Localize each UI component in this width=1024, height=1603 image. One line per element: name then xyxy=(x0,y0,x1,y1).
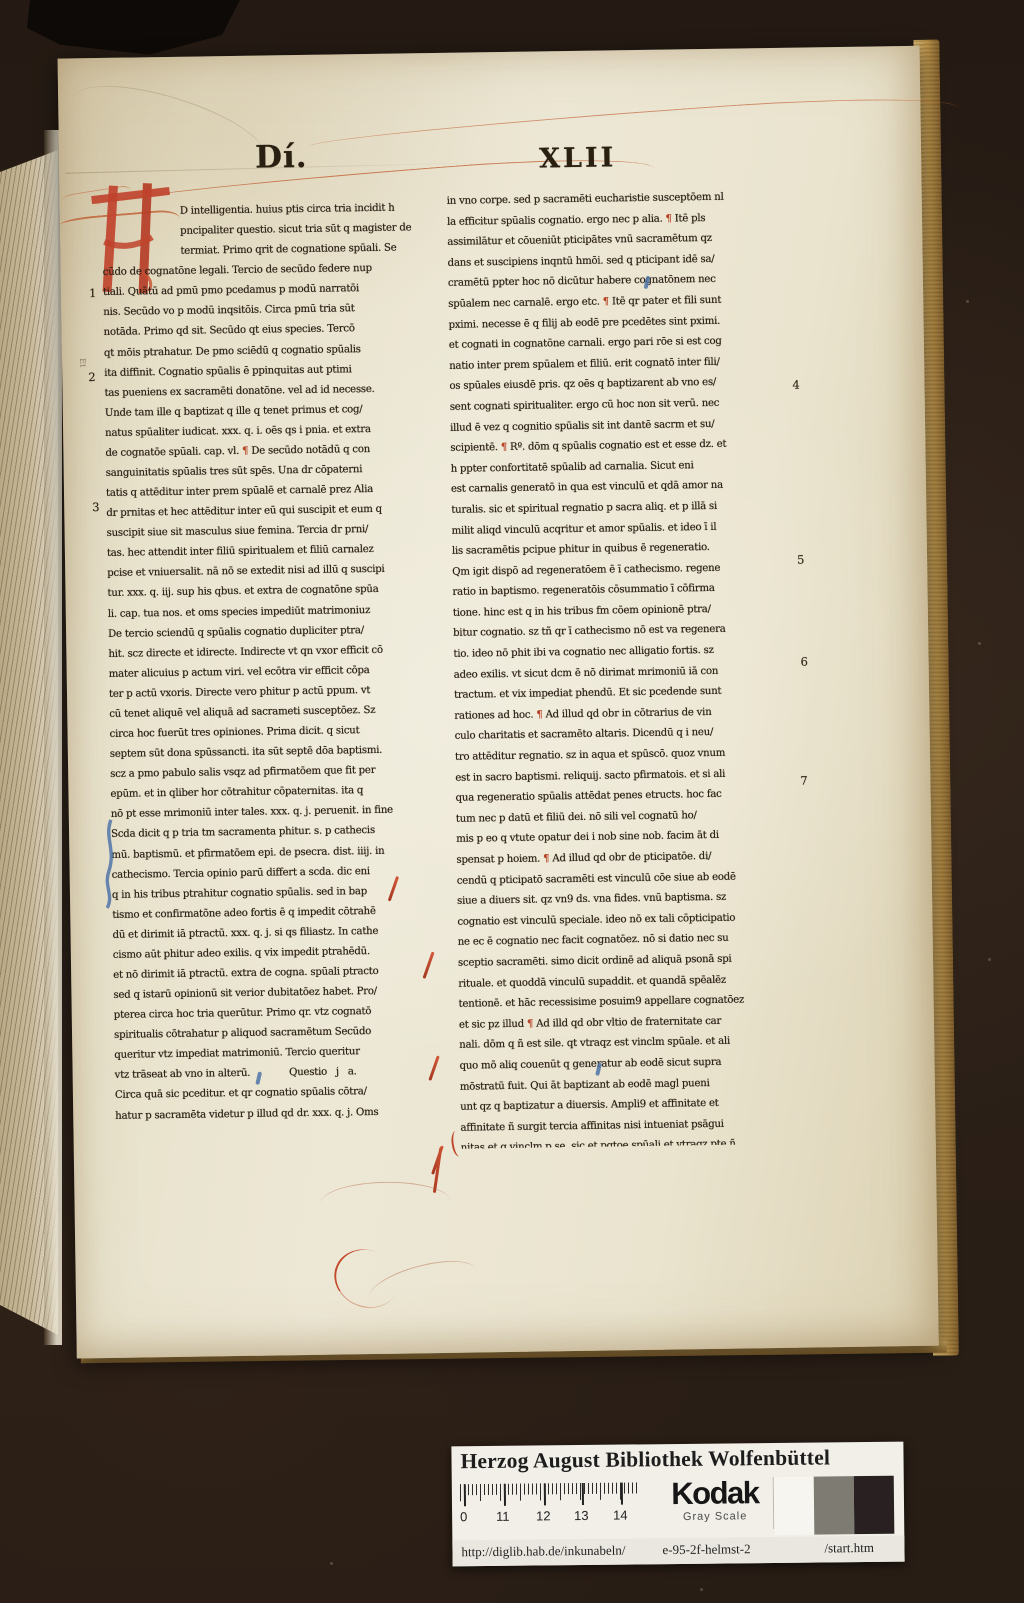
dust-speck xyxy=(700,1588,703,1591)
margin-number: 7 xyxy=(800,774,808,788)
digitized-incunabulum-photograph: Dí. XLII D intelligentia. huius ptis cir… xyxy=(0,0,1024,1603)
margin-number: 3 xyxy=(92,500,100,514)
dust-speck xyxy=(330,1562,333,1565)
blue-paragraph-flourish xyxy=(101,818,122,910)
column-left-text: D intelligentia. huius ptis circa tria i… xyxy=(103,203,412,1130)
scale-ruler: 0 11 12 13 14 xyxy=(460,1482,660,1530)
margin-number: 4 xyxy=(792,378,800,392)
dust-speck xyxy=(988,958,991,961)
ruler-tick-marks xyxy=(460,1482,638,1506)
folio-number: XLII xyxy=(539,142,617,174)
margin-number: 2 xyxy=(88,370,96,384)
manuscript-page: Dí. XLII D intelligentia. huius ptis cir… xyxy=(58,46,939,1359)
open-book: Dí. XLII D intelligentia. huius ptis cir… xyxy=(58,46,957,1365)
faint-pen-arc xyxy=(320,1181,451,1224)
margin-number: 1 xyxy=(89,286,97,300)
grayscale-patches xyxy=(774,1476,895,1535)
corner-fold-crease xyxy=(64,69,273,186)
dust-speck xyxy=(966,300,969,303)
digitization-url: http://diglib.hab.de/inkunabeln/ xyxy=(461,1543,625,1561)
margin-number: 6 xyxy=(800,655,808,669)
ruler-number: 12 xyxy=(536,1508,551,1523)
ruler-number: 0 xyxy=(460,1509,467,1524)
library-label: Herzog August Bibliothek Wolfenbüttel 0 … xyxy=(451,1442,904,1567)
ruler-major-tick xyxy=(464,1484,466,1506)
text-column-left: D intelligentia. huius ptis circa tria i… xyxy=(102,195,460,1130)
start-page-path: /start.htm xyxy=(824,1540,874,1557)
ruler-major-tick xyxy=(582,1483,584,1505)
ruler-major-tick xyxy=(504,1484,506,1506)
red-pen-hairline xyxy=(308,89,959,166)
ruler-major-tick xyxy=(621,1483,623,1505)
ruler-number: 13 xyxy=(574,1508,589,1523)
ruler-major-tick xyxy=(544,1483,546,1505)
grayscale-patch-white xyxy=(774,1477,815,1535)
kodak-brand: Kodak xyxy=(657,1477,773,1510)
library-name: Herzog August Bibliothek Wolfenbüttel xyxy=(460,1445,896,1475)
gray-scale-caption: Gray Scale xyxy=(657,1510,773,1523)
grayscale-patch-dark xyxy=(854,1476,895,1534)
dust-speck xyxy=(978,642,981,645)
ruler-number: 14 xyxy=(613,1508,628,1523)
gutter-annotation: Et xyxy=(78,358,87,367)
running-title: Dí. xyxy=(255,139,308,176)
column-right-text: in vno corpe. sed p sacramēti eucharisti… xyxy=(447,192,756,1149)
shelfmark: e-95-2f-helmst-2 xyxy=(662,1541,750,1558)
text-column-right: in vno corpe. sed p sacramēti eucharisti… xyxy=(447,184,805,1149)
ruler-number: 11 xyxy=(496,1509,510,1524)
grayscale-patch-mid xyxy=(814,1476,855,1534)
label-url-row: http://diglib.hab.de/inkunabeln/ e-95-2f… xyxy=(452,1536,904,1567)
margin-number: 5 xyxy=(797,553,805,567)
book-gutter xyxy=(44,130,62,1345)
kodak-gray-scale-block: Kodak Gray Scale xyxy=(657,1477,775,1530)
initial-indent-spacer xyxy=(102,199,181,244)
